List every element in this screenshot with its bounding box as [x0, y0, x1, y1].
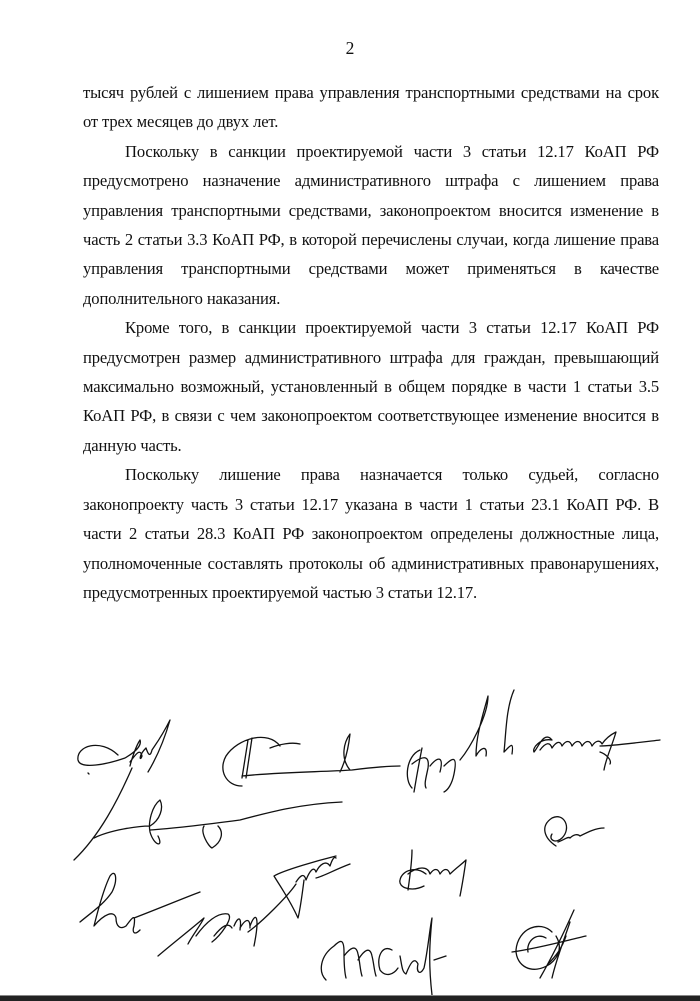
signature-9	[248, 856, 350, 932]
paragraph: Поскольку лишение права назначается толь…	[83, 460, 659, 607]
paragraph: Кроме того, в санкции проектируемой част…	[83, 313, 659, 460]
signature-11	[321, 918, 446, 995]
signature-2	[223, 734, 400, 786]
paragraph: Поскольку в санкции проектируемой части …	[83, 137, 659, 313]
signature-10	[400, 850, 466, 896]
signature-4	[534, 732, 660, 770]
signature-3	[407, 690, 514, 792]
viewer-bottom-bar	[0, 995, 700, 1001]
document-body: тысяч рублей с лишением права управления…	[83, 78, 659, 607]
signature-7	[80, 873, 200, 933]
page-number: 2	[0, 38, 700, 58]
signatures-block	[0, 660, 700, 995]
document-page: 2 тысяч рублей с лишением права управлен…	[0, 0, 700, 995]
paragraph-continued: тысяч рублей с лишением права управления…	[83, 78, 659, 137]
signature-12	[512, 910, 586, 978]
signature-8	[158, 914, 257, 956]
signature-1	[74, 720, 170, 860]
signature-5	[94, 800, 342, 848]
signature-6	[545, 817, 604, 846]
